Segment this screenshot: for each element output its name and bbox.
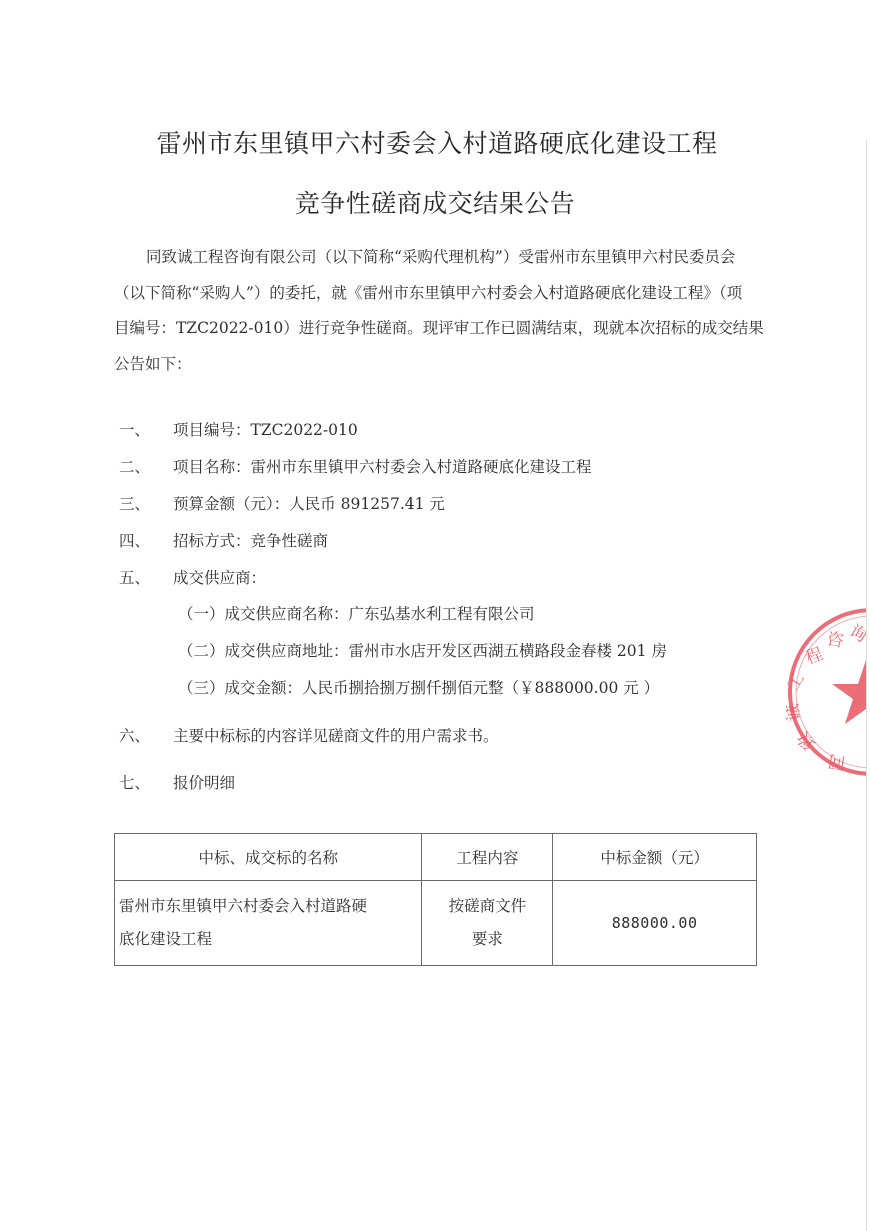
item-text: 招标方式：竞争性磋商 — [173, 532, 328, 550]
document-title: 雷州市东里镇甲六村委会入村道路硬底化建设工程 — [2, 124, 870, 160]
cell-content-line: 按磋商文件 — [422, 890, 552, 923]
item-number: 六、 — [119, 725, 173, 747]
item-number: 二、 — [119, 456, 173, 478]
item-number: 一、 — [119, 419, 173, 441]
cell-name: 雷州市东里镇甲六村委会入村道路硬 底化建设工程 — [115, 881, 422, 966]
item-text: 项目编号：TZC2022-010 — [173, 421, 358, 439]
item-budget: 三、预算金额（元）：人民币 891257.41 元 — [119, 493, 445, 515]
supplier-amount: （三）成交金额：人民币捌拾捌万捌仟捌佰元整（￥888000.00 元 ） — [178, 677, 659, 699]
intro-line: 目编号：TZC2022-010）进行竞争性磋商。现评审工作已圆满结束，现就本次招… — [114, 311, 804, 347]
seal-char: 同 — [827, 750, 847, 773]
item-text: 报价明细 — [173, 774, 235, 792]
item-number: 七、 — [119, 772, 173, 794]
item-number: 三、 — [119, 493, 173, 515]
item-text: 主要中标标的内容详见磋商文件的用户需求书。 — [173, 727, 499, 745]
header-name: 中标、成交标的名称 — [115, 834, 422, 881]
header-amount: 中标金额（元） — [553, 834, 757, 881]
cell-amount: 888000.00 — [553, 881, 757, 966]
table-row: 雷州市东里镇甲六村委会入村道路硬 底化建设工程 按磋商文件 要求 888000.… — [115, 881, 757, 966]
item-main-content: 六、主要中标标的内容详见磋商文件的用户需求书。 — [119, 725, 499, 747]
supplier-address: （二）成交供应商地址：雷州市水店开发区西湖五横路段金春楼 201 房 — [178, 640, 667, 662]
item-text: 成交供应商： — [173, 569, 266, 587]
seal-char: 程 — [803, 644, 826, 669]
seal-char: 咨 — [825, 629, 845, 652]
item-text: 预算金额（元）：人民币 891257.41 元 — [173, 495, 445, 513]
seal-char: 询 — [846, 621, 867, 647]
cell-content: 按磋商文件 要求 — [422, 881, 553, 966]
item-supplier-heading: 五、成交供应商： — [119, 567, 266, 589]
item-project-name: 二、项目名称：雷州市东里镇甲六村委会入村道路硬底化建设工程 — [119, 456, 592, 478]
supplier-name: （一）成交供应商名称：广东弘基水利工程有限公司 — [178, 603, 535, 625]
seal-icon: 询 咨 程 工 诚 致 同 — [786, 602, 866, 782]
bid-result-table: 中标、成交标的名称 工程内容 中标金额（元） 雷州市东里镇甲六村委会入村道路硬 … — [114, 833, 757, 966]
document-subtitle: 竞争性磋商成交结果公告 — [0, 184, 870, 220]
item-number: 五、 — [119, 567, 173, 589]
item-price-detail: 七、报价明细 — [119, 772, 235, 794]
document-page: 雷州市东里镇甲六村委会入村道路硬底化建设工程 竞争性磋商成交结果公告 同致诚工程… — [0, 0, 870, 1231]
item-text: 项目名称：雷州市东里镇甲六村委会入村道路硬底化建设工程 — [173, 458, 592, 476]
item-number: 四、 — [119, 530, 173, 552]
intro-line: 公告如下： — [114, 347, 804, 383]
intro-line: （以下简称“采购人”）的委托，就《雷州市东里镇甲六村委会入村道路硬底化建设工程》… — [114, 276, 804, 312]
company-seal-stamp: 询 咨 程 工 诚 致 同 — [786, 602, 866, 782]
item-procurement-method: 四、招标方式：竞争性磋商 — [119, 530, 328, 552]
intro-paragraph: 同致诚工程咨询有限公司（以下简称“采购代理机构”）受雷州市东里镇甲六村民委员会 … — [114, 240, 804, 382]
intro-line: 同致诚工程咨询有限公司（以下简称“采购代理机构”）受雷州市东里镇甲六村民委员会 — [114, 240, 804, 276]
seal-char: 诚 — [786, 702, 805, 722]
item-project-number: 一、项目编号：TZC2022-010 — [119, 419, 358, 441]
table-header-row: 中标、成交标的名称 工程内容 中标金额（元） — [115, 834, 757, 881]
header-content: 工程内容 — [422, 834, 553, 881]
page-edge-line — [866, 140, 867, 1231]
cell-name-line: 雷州市东里镇甲六村委会入村道路硬 — [119, 890, 415, 923]
cell-content-line: 要求 — [422, 923, 552, 956]
cell-name-line: 底化建设工程 — [119, 923, 415, 956]
